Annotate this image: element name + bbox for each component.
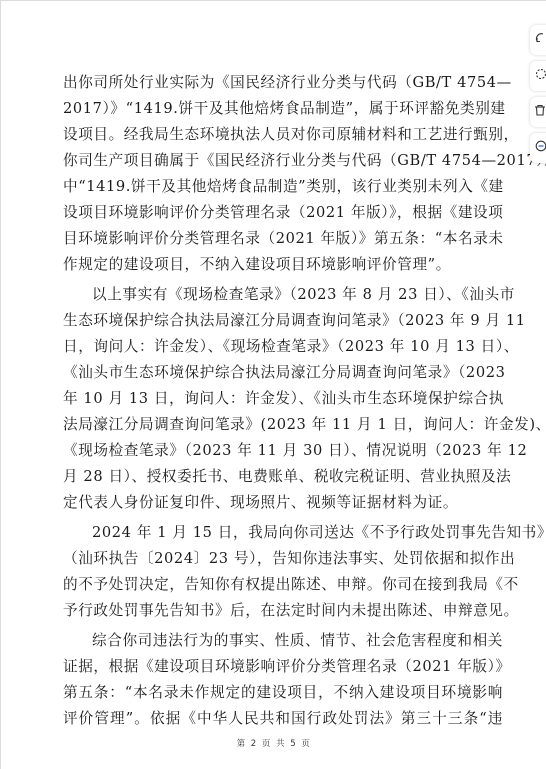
text-line: 予行政处罚事先告知书》后，在法定时间内未提出陈述、申辩意见。 [63,598,503,624]
text-line: 2024 年 1 月 15 日，我局向你司送达《不予行政处罚事先告知书》 [63,520,503,546]
text-line: 年 10 月 13 日，询问人：许金发）、《汕头市生态环境保护综合执 [63,386,503,412]
text-line: 《现场检查笔录》（2023 年 11 月 30 日）、情况说明（2023 年 1… [63,438,503,464]
text-line: 的不予处罚决定，告知你有权提出陈述、申辩。你司在接到我局《不 [63,572,503,598]
page-number: 第 2 页 共 5 页 [1,737,546,749]
document-page: 出你司所处行业实际为《国民经济行业分类与代码（GB/T 4754— 2017）》… [1,1,546,769]
paragraph-2: 以上事实有《现场检查笔录》（2023 年 8 月 23 日）、《汕头市 生态环境… [63,282,503,516]
document-viewer: 出你司所处行业实际为《国民经济行业分类与代码（GB/T 4754— 2017）》… [0,0,546,769]
text-line: 以上事实有《现场检查笔录》（2023 年 8 月 23 日）、《汕头市 [63,282,503,308]
rotate-icon [534,31,546,49]
text-line: 《汕头市生态环境保护综合执法局濠江分局调查询问笔录》（2023 [63,360,503,386]
text-line: 设项目环境影响评价分类管理名录（2021 年版）》，根据《建设项 [63,200,503,226]
text-line: 2017）》“1419.饼干及其他焙烤食品制造”，属于环评豁免类别建 [63,96,503,122]
text-line: 设项目。经我局生态环境执法人员对你司原辅材料和工艺进行甄别， [63,122,503,148]
text-line: 你司生产项目确属于《国民经济行业分类与代码（GB/T 4754—2017）》 [63,148,503,174]
zoom-out-button[interactable] [530,133,546,163]
text-line: 第五条：“本名录未作规定的建设项目，不纳入建设项目环境影响 [63,680,503,706]
text-line: 目环境影响评价分类管理名录（2021 年版）》第五条：“本名录未 [63,226,503,252]
document-body: 出你司所处行业实际为《国民经济行业分类与代码（GB/T 4754— 2017）》… [63,70,503,736]
rotate-button[interactable] [530,25,546,55]
text-line: 综合你司违法行为的事实、性质、情节、社会危害程度和相关 [63,628,503,654]
paragraph-3: 2024 年 1 月 15 日，我局向你司送达《不予行政处罚事先告知书》 （汕环… [63,520,503,624]
text-line: 作规定的建设项目，不纳入建设项目环境影响评价管理”。 [63,252,503,278]
text-line: 月 28 日）、授权委托书、电费账单、税收完税证明、营业执照及法 [63,464,503,490]
paragraph-4: 综合你司违法行为的事实、性质、情节、社会危害程度和相关 证据，根据《建设项目环境… [63,628,503,732]
floating-toolbar [530,25,546,169]
text-line: 出你司所处行业实际为《国民经济行业分类与代码（GB/T 4754— [63,70,503,96]
text-line: 日，询问人：许金发）、《现场检查笔录》（2023 年 10 月 13 日）、 [63,334,503,360]
text-line: 定代表人身份证复印件、现场照片、视频等证据材料为证。 [63,490,503,516]
paragraph-1: 出你司所处行业实际为《国民经济行业分类与代码（GB/T 4754— 2017）》… [63,70,503,278]
text-line: 法局濠江分局调查询问笔录》(2023 年 11 月 1 日，询问人：许金发)、 [63,412,503,438]
text-line: 评价管理”。依据《中华人民共和国行政处罚法》第三十三条“违 [63,706,503,732]
refresh-icon [534,67,546,85]
delete-button[interactable] [530,97,546,127]
trash-icon [534,103,546,121]
text-line: （汕环执告〔2024〕23 号），告知你违法事实、处罚依据和拟作出 [63,546,503,572]
zoom-out-icon [534,139,546,157]
text-line: 证据，根据《建设项目环境影响评价分类管理名录（2021 年版）》 [63,654,503,680]
text-line: 中“1419.饼干及其他焙烤食品制造”类别，该行业类别未列入《建 [63,174,503,200]
refresh-button[interactable] [530,61,546,91]
text-line: 生态环境保护综合执法局濠江分局调查询问笔录》（2023 年 9 月 11 [63,308,503,334]
